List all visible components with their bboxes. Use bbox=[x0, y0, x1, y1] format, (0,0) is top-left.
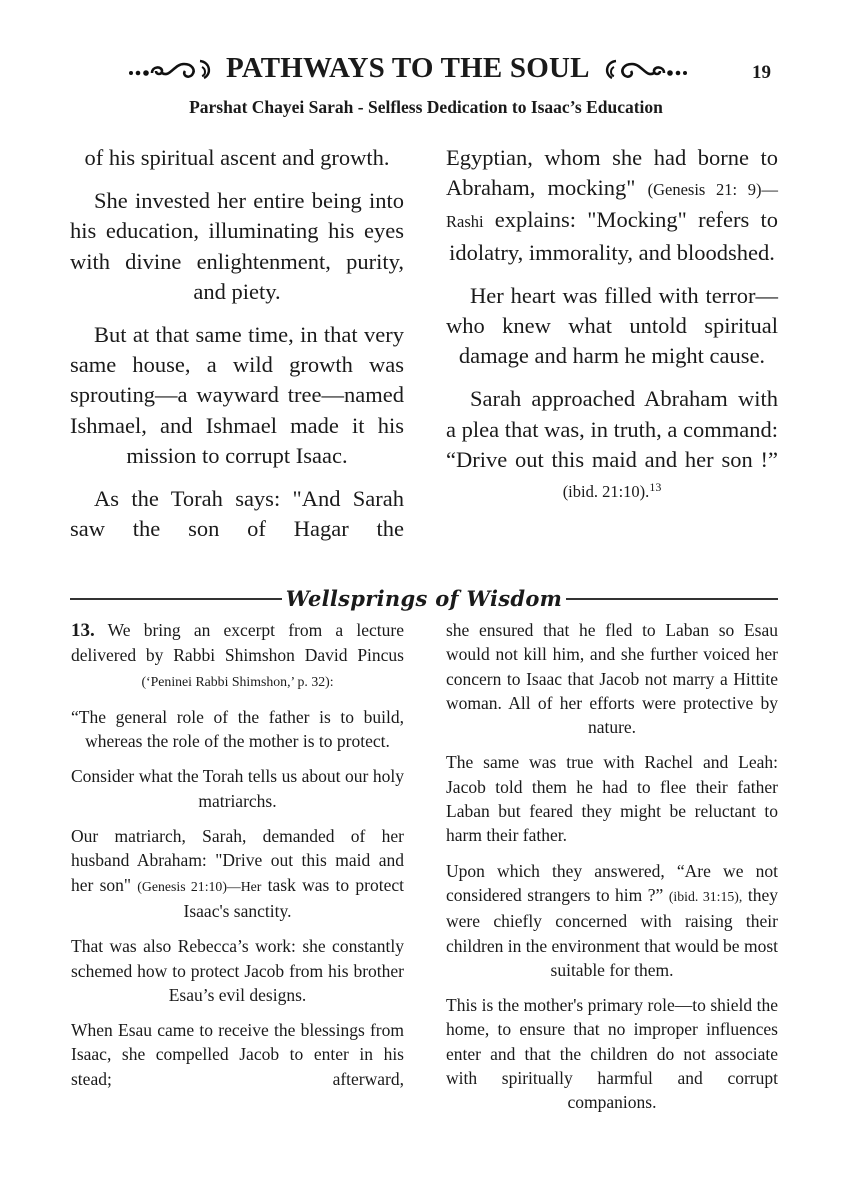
page-number: 19 bbox=[752, 62, 771, 84]
citation: (ibid. 21:10). bbox=[563, 482, 650, 501]
divider-label: Wellsprings of Wisdom bbox=[70, 586, 778, 611]
footnote-paragraph: That was also Rebecca’s work: she consta… bbox=[71, 934, 404, 1007]
citation: (Genesis 21:10)—Her bbox=[137, 879, 261, 894]
ornament-right-icon bbox=[596, 56, 688, 82]
paragraph: But at that same time, in that very same… bbox=[70, 320, 404, 471]
paragraph: of his spiritual ascent and growth. bbox=[70, 143, 404, 173]
paragraph: As the Torah says: "And Sarah saw the so… bbox=[70, 484, 404, 544]
footnote-left-column: 13. We bring an excerpt from a lecture d… bbox=[71, 618, 404, 1091]
footnote-paragraph: This is the mother's primary role—to shi… bbox=[446, 993, 778, 1114]
main-left-column: of his spiritual ascent and growth. She … bbox=[70, 143, 404, 544]
footnote-paragraph: When Esau came to receive the blessings … bbox=[71, 1018, 404, 1091]
ornament-left-icon bbox=[128, 56, 220, 82]
footnote-paragraph: Consider what the Torah tells us about o… bbox=[71, 764, 404, 813]
footnote-paragraph: she ensured that he fled to Laban so Esa… bbox=[446, 618, 778, 739]
footnote-paragraph: “The general role of the father is to bu… bbox=[71, 705, 404, 754]
footnote-number: 13. bbox=[71, 620, 95, 641]
footnote-paragraph: 13. We bring an excerpt from a lecture d… bbox=[71, 618, 404, 694]
paragraph: Her heart was filled with terror—who kne… bbox=[446, 281, 778, 372]
title-row: PATHWAYS TO THE SOUL bbox=[128, 52, 688, 85]
main-right-column: Egyptian, whom she had borne to Abraham,… bbox=[446, 143, 778, 507]
footnote-paragraph: The same was true with Rachel and Leah: … bbox=[446, 750, 778, 847]
citation: (‘Peninei Rabbi Shimshon,’ p. 32): bbox=[141, 674, 333, 689]
page-header: PATHWAYS TO THE SOUL 19 bbox=[0, 50, 846, 94]
page-title: PATHWAYS TO THE SOUL bbox=[226, 52, 590, 85]
paragraph: Egyptian, whom she had borne to Abraham,… bbox=[446, 143, 778, 268]
citation: (ibid. 31:15), bbox=[669, 889, 743, 904]
footnote-right-column: she ensured that he fled to Laban so Esa… bbox=[446, 618, 778, 1115]
footnote-paragraph: Our matriarch, Sarah, demanded of her hu… bbox=[71, 824, 404, 923]
page-subtitle: Parshat Chayei Sarah - Selfless Dedicati… bbox=[0, 97, 846, 118]
paragraph: Sarah approached Abraham with a plea tha… bbox=[446, 384, 778, 507]
footnote-paragraph: Upon which they answered, “Are we not co… bbox=[446, 859, 778, 982]
section-divider: Wellsprings of Wisdom bbox=[70, 586, 778, 612]
paragraph: She invested her entire being into his e… bbox=[70, 186, 404, 307]
footnote-marker[interactable]: 13 bbox=[649, 480, 661, 494]
